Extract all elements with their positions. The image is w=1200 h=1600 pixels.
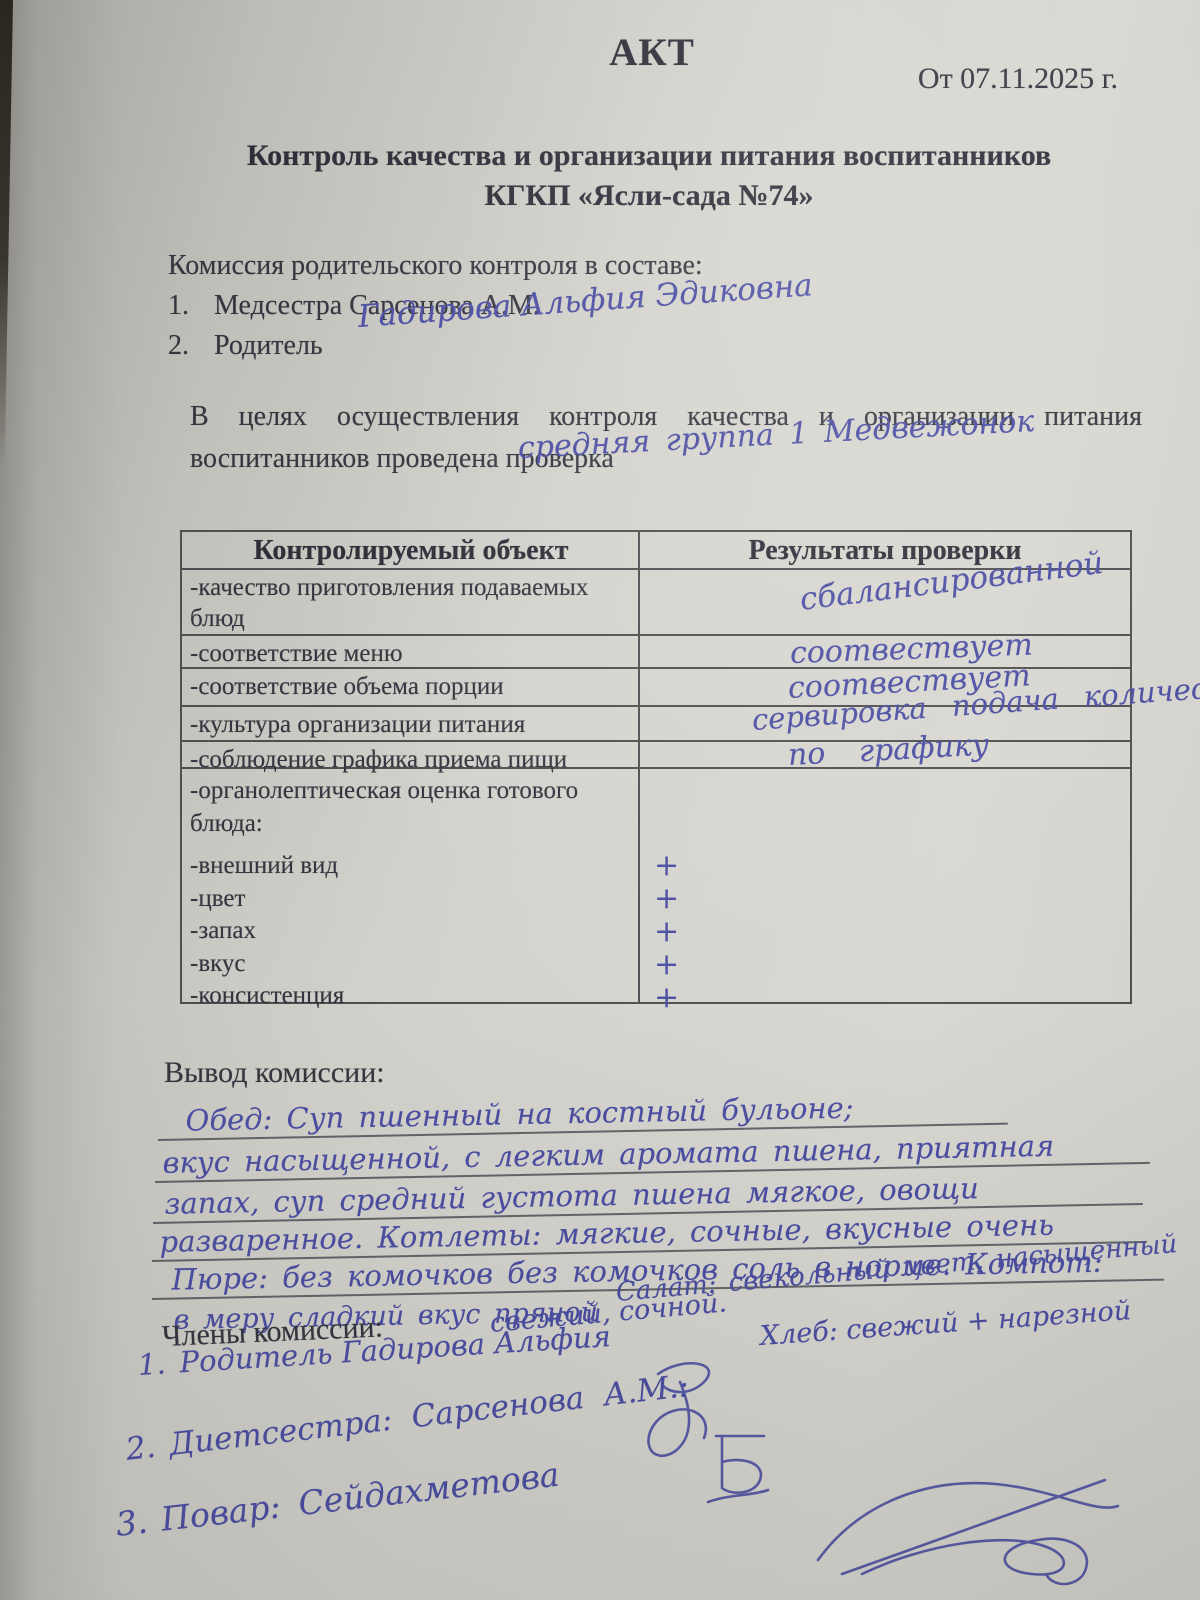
document-page: АКТ От 07.11.2025 г. Контроль качества и… [0,0,1200,1600]
organoleptic-item: -внешний вид [190,850,632,883]
organoleptic-line-1: -органолептическая оценка готового [190,775,632,808]
plus-mark: + [654,849,679,882]
plus-marks-column: + + + + + [654,849,679,1014]
row-label: -соблюдение графика приема пищи [182,742,640,767]
row-label: -соответствие меню [182,636,640,667]
commission-heading: Комиссия родительского контроля в состав… [168,250,703,282]
signature-row-cook: 3.Повар: Сейдахметова [114,1455,561,1544]
row-label: -соответствие объема порции [182,669,640,705]
signature-2-text: Диетсестра: Сарсенова А.М.: [167,1368,690,1463]
table-header-object: Контролируемый объект [182,532,640,568]
organoleptic-item: -запах [190,915,632,948]
document-subtitle: Контроль качества и организации питания … [0,136,1200,216]
organoleptic-item: -консистенция [190,980,632,1013]
plus-mark: + [654,948,679,981]
signature-3-text: Повар: Сейдахметова [159,1455,561,1539]
signature-3-number: 3. [114,1502,150,1544]
member-2-text: Родитель [214,330,323,361]
member-1-number: 1. [168,290,214,322]
table-row: -качество приготовления подаваемых блюд … [182,570,1130,636]
row-label: -качество приготовления подаваемых блюд [182,570,640,634]
conclusion-heading: Вывод комиссии: [164,1056,385,1090]
plus-mark: + [654,981,679,1014]
organoleptic-labels: -органолептическая оценка готового блюда… [182,769,640,1002]
organoleptic-item: -вкус [190,948,632,981]
plus-mark: + [654,915,679,948]
signature-2-number: 2. [124,1429,157,1468]
table-row-organoleptic: -органолептическая оценка готового блюда… [182,769,1130,1002]
signature-1-number: 1. [137,1346,167,1382]
commission-member-2: 2.Родитель [168,330,323,362]
document-date: От 07.11.2025 г. [918,62,1118,96]
organoleptic-line-2: блюда: [190,808,632,841]
plus-mark: + [654,882,679,915]
member-2-number: 2. [168,330,214,362]
signature-row-dietnurse: 2.Диетсестра: Сарсенова А.М.: [124,1368,691,1468]
organoleptic-item: -цвет [190,883,632,916]
signature-2-flourish [700,1424,800,1519]
inspection-table: Контролируемый объект Результаты проверк… [180,530,1132,1004]
signature-3-flourish [800,1462,1140,1597]
photo-background-edge [0,0,13,470]
table-row: -соблюдение графика приема пищи по графи… [182,742,1130,769]
subtitle-line-2: КГКП «Ясли-сада №74» [98,176,1200,216]
subtitle-line-1: Контроль качества и организации питания … [98,136,1200,176]
row-label: -культура организации питания [182,707,640,740]
